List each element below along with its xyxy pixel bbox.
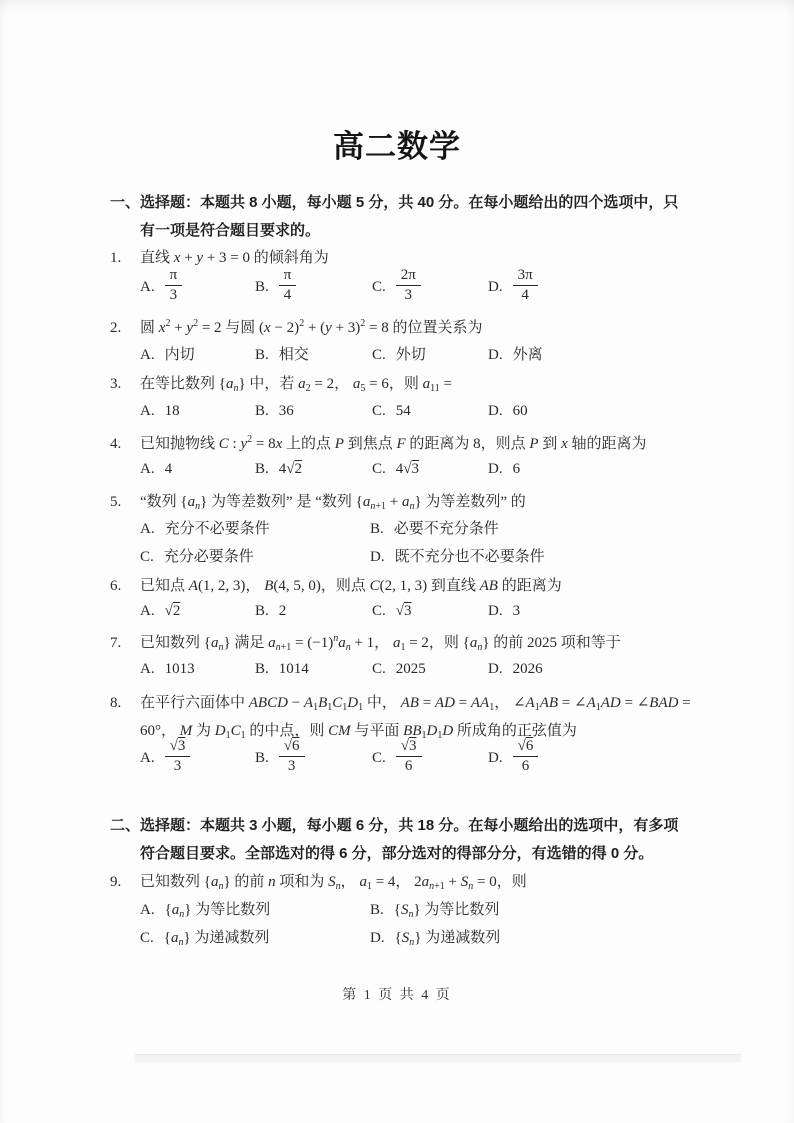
question-2-number: 2. [110,314,140,342]
section-1-text: 选择题：本题共 8 小题，每小题 5 分，共 40 分。在每小题给出的四个选项中… [140,189,692,245]
option-value: 54 [396,403,411,419]
option-label: A. [140,521,155,537]
option-label: C. [372,403,386,419]
page-title: 高二数学 [0,130,794,164]
question-2-body: 圆 x2 + y2 = 2 与圆 (x − 2)2 + (y + 3)2 = 8… [140,314,702,342]
question-7-number: 7. [110,629,140,657]
option-value: 2026 [513,661,543,677]
option-value: {Sn} 为递减数列 [395,930,501,946]
question-6-options: A.√2 B.2 C.√3 D.3 [140,598,520,624]
option-value: 6 [513,461,521,477]
question-5-option-c: C.充分必要条件 [140,544,370,570]
question-7-option-c: C.2025 [372,656,488,682]
option-value: 内切 [165,347,195,363]
exam-page: 高二数学 一、 选择题：本题共 8 小题，每小题 5 分，共 40 分。在每小题… [0,0,794,1123]
question-1-options: A.π3 B.π4 C.2π3 D.3π4 [140,270,538,305]
question-3: 3. 在等比数列 {an} 中，若 a2 = 2， a5 = 6，则 a11 = [110,370,702,398]
question-4-option-a: A.4 [140,456,255,482]
option-label: B. [370,521,384,537]
option-value: √36 [396,750,422,766]
option-value: 3 [513,603,521,619]
option-label: D. [488,347,503,363]
question-8-option-b: B.√63 [255,741,372,776]
question-4-options: A.4 B.4√2 C.4√3 D.6 [140,456,520,482]
question-3-options: A.18 B.36 C.54 D.60 [140,398,528,424]
question-8-option-d: D.√66 [488,741,538,776]
option-value: 2025 [396,661,426,677]
option-label: C. [372,661,386,677]
option-label: A. [140,603,155,619]
question-6-number: 6. [110,572,140,600]
question-5-option-b: B.必要不充分条件 [370,516,499,542]
question-7-options: A.1013 B.1014 C.2025 D.2026 [140,656,543,682]
question-8: 8. 在平行六面体中 ABCD − A1B1C1D1 中， AB = AD = … [110,689,702,745]
option-value: 外切 [396,347,426,363]
question-6-option-d: D.3 [488,598,520,624]
option-label: C. [372,461,386,477]
question-6-option-c: C.√3 [372,598,488,624]
option-label: D. [488,603,503,619]
question-3-option-d: D.60 [488,398,528,424]
option-label: D. [488,279,503,295]
option-label: C. [140,930,154,946]
option-label: D. [370,549,385,565]
option-label: A. [140,279,155,295]
option-value: √33 [165,750,191,766]
question-3-option-b: B.36 [255,398,372,424]
question-6: 6. 已知点 A(1, 2, 3)， B(4, 5, 0)，则点 C(2, 1,… [110,572,702,600]
question-2-option-b: B.相交 [255,342,372,368]
question-7-option-a: A.1013 [140,656,255,682]
option-value: 4√3 [396,461,419,477]
option-value: 4√2 [279,461,302,477]
option-value: {an} 为递减数列 [164,930,270,946]
option-label: A. [140,403,155,419]
question-4: 4. 已知抛物线 C : y2 = 8x 上的点 P 到焦点 F 的距离为 8，… [110,430,702,458]
option-label: D. [488,461,503,477]
option-label: C. [372,347,386,363]
question-3-body: 在等比数列 {an} 中，若 a2 = 2， a5 = 6，则 a11 = [140,370,702,398]
option-label: B. [255,603,269,619]
option-value: 充分必要条件 [164,549,254,565]
question-9-number: 9. [110,868,140,896]
option-value: 18 [165,403,180,419]
option-value: √3 [396,603,412,619]
option-label: C. [372,750,386,766]
option-value: 1014 [279,661,309,677]
question-1-option-d: D.3π4 [488,270,538,305]
option-value: 2π3 [396,279,421,295]
option-value: {Sn} 为等比数列 [394,902,500,918]
question-5-body: “数列 {an} 为等差数列” 是 “数列 {an+1 + an} 为等差数列”… [140,488,702,516]
question-9-option-c: C.{an} 为递减数列 [140,925,370,951]
option-label: B. [255,347,269,363]
section-2-text: 选择题：本题共 3 小题，每小题 6 分，共 18 分。在每小题给出的选项中，有… [140,812,692,868]
question-3-number: 3. [110,370,140,398]
page-break-shadow [135,1054,741,1062]
question-5-options-row-2: C.充分必要条件 D.既不充分也不必要条件 [140,544,545,570]
question-8-options: A.√33 B.√63 C.√36 D.√66 [140,741,538,776]
question-8-option-a: A.√33 [140,741,255,776]
question-5-option-a: A.充分不必要条件 [140,516,370,542]
question-8-body: 在平行六面体中 ABCD − A1B1C1D1 中， AB = AD = AA1… [140,689,702,745]
question-2-option-d: D.外离 [488,342,543,368]
question-2-options: A.内切 B.相交 C.外切 D.外离 [140,342,543,368]
question-1-option-c: C.2π3 [372,270,488,305]
option-value: 外离 [513,347,543,363]
option-label: B. [255,279,269,295]
question-1-option-a: A.π3 [140,270,255,305]
option-label: B. [255,461,269,477]
option-value: 相交 [279,347,309,363]
option-value: 必要不充分条件 [394,521,499,537]
question-9-body: 已知数列 {an} 的前 n 项和为 Sn， a1 = 4， 2an+1 + S… [140,868,702,896]
option-label: A. [140,902,155,918]
option-label: A. [140,461,155,477]
question-9-option-b: B.{Sn} 为等比数列 [370,897,499,923]
question-4-option-d: D.6 [488,456,520,482]
option-value: 既不充分也不必要条件 [395,549,545,565]
option-label: A. [140,750,155,766]
option-label: D. [488,661,503,677]
section-1-marker: 一、 [110,189,140,245]
question-5-number: 5. [110,488,140,516]
question-5-options-row-1: A.充分不必要条件 B.必要不充分条件 [140,516,499,542]
option-label: B. [370,902,384,918]
question-5: 5. “数列 {an} 为等差数列” 是 “数列 {an+1 + an} 为等差… [110,488,702,516]
section-2-header: 二、 选择题：本题共 3 小题，每小题 6 分，共 18 分。在每小题给出的选项… [110,812,692,868]
option-label: C. [140,549,154,565]
option-label: D. [488,750,503,766]
question-5-option-d: D.既不充分也不必要条件 [370,544,545,570]
question-7-option-b: B.1014 [255,656,372,682]
question-9-options-row-1: A.{an} 为等比数列 B.{Sn} 为等比数列 [140,897,499,923]
section-1-header: 一、 选择题：本题共 8 小题，每小题 5 分，共 40 分。在每小题给出的四个… [110,189,692,245]
question-4-option-b: B.4√2 [255,456,372,482]
question-6-body: 已知点 A(1, 2, 3)， B(4, 5, 0)，则点 C(2, 1, 3)… [140,572,702,600]
question-7-body: 已知数列 {an} 满足 an+1 = (−1)nan + 1， a1 = 2，… [140,629,702,657]
section-2-marker: 二、 [110,812,140,868]
question-7: 7. 已知数列 {an} 满足 an+1 = (−1)nan + 1， a1 =… [110,629,702,657]
option-label: B. [255,750,269,766]
option-label: A. [140,347,155,363]
option-value: {an} 为等比数列 [165,902,271,918]
option-value: √2 [165,603,181,619]
question-2-option-a: A.内切 [140,342,255,368]
option-value: π3 [165,279,183,295]
question-9: 9. 已知数列 {an} 的前 n 项和为 Sn， a1 = 4， 2an+1 … [110,868,702,896]
question-3-option-c: C.54 [372,398,488,424]
option-value: 1013 [165,661,195,677]
question-9-options-row-2: C.{an} 为递减数列 D.{Sn} 为递减数列 [140,925,500,951]
question-2-option-c: C.外切 [372,342,488,368]
option-value: 60 [513,403,528,419]
option-value: π4 [279,279,297,295]
option-label: D. [488,403,503,419]
question-1-number: 1. [110,244,140,272]
question-4-number: 4. [110,430,140,458]
question-9-option-a: A.{an} 为等比数列 [140,897,370,923]
question-9-option-d: D.{Sn} 为递减数列 [370,925,500,951]
option-label: C. [372,279,386,295]
option-label: B. [255,661,269,677]
option-label: A. [140,661,155,677]
option-label: C. [372,603,386,619]
question-7-option-d: D.2026 [488,656,543,682]
option-value: √66 [513,750,539,766]
question-1-option-b: B.π4 [255,270,372,305]
question-1-body: 直线 x + y + 3 = 0 的倾斜角为 [140,244,702,272]
question-6-option-a: A.√2 [140,598,255,624]
page-footer: 第 1 页 共 4 页 [0,984,794,1004]
option-value: √63 [279,750,305,766]
option-value: 36 [279,403,294,419]
question-3-option-a: A.18 [140,398,255,424]
question-2: 2. 圆 x2 + y2 = 2 与圆 (x − 2)2 + (y + 3)2 … [110,314,702,342]
option-value: 充分不必要条件 [165,521,270,537]
question-8-number: 8. [110,689,140,745]
option-label: B. [255,403,269,419]
question-4-option-c: C.4√3 [372,456,488,482]
question-4-body: 已知抛物线 C : y2 = 8x 上的点 P 到焦点 F 的距离为 8，则点 … [140,430,702,458]
option-value: 3π4 [513,279,538,295]
question-8-option-c: C.√36 [372,741,488,776]
question-6-option-b: B.2 [255,598,372,624]
option-value: 2 [279,603,287,619]
option-label: D. [370,930,385,946]
option-value: 4 [165,461,173,477]
